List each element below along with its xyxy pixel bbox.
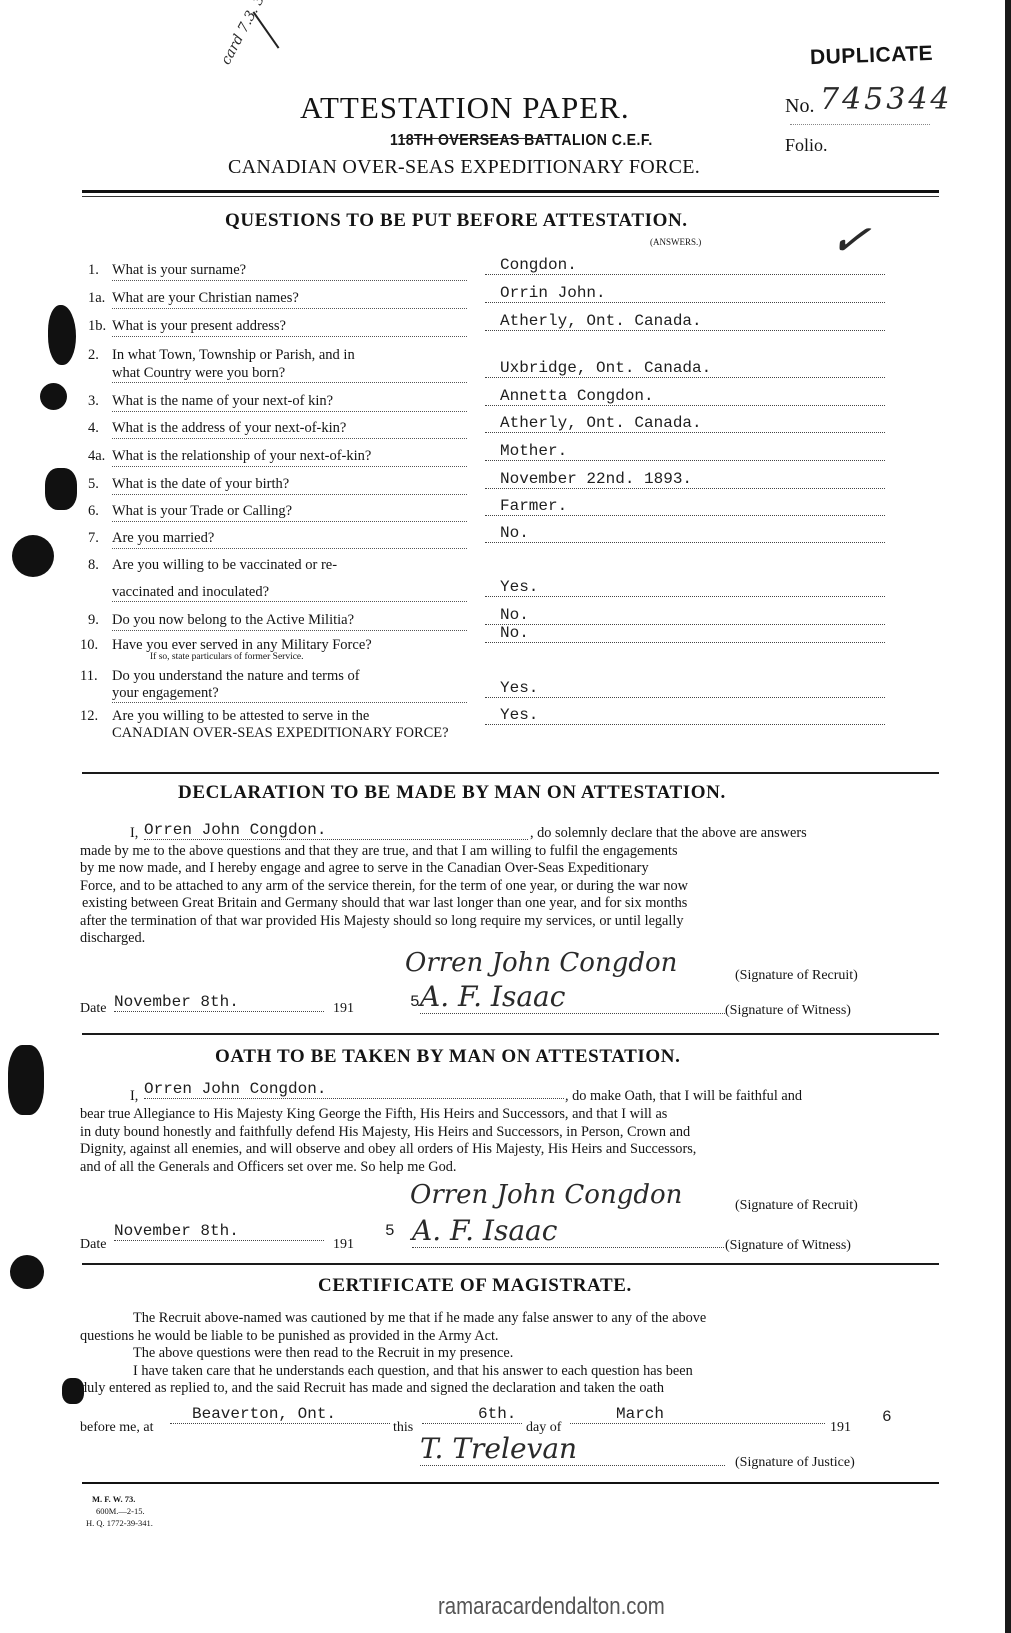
certificate-title: CERTIFICATE OF MAGISTRATE. [318,1275,632,1297]
question-number: 2. [88,347,99,364]
question-text-continued: If so, state particulars of former Servi… [150,652,304,662]
witness-signature: A. F. Isaac [412,1214,724,1248]
question-text: What is your present address? [112,318,467,337]
declaration-name-field[interactable]: Orren John Congdon. [144,821,528,840]
question-number: 8. [88,557,99,574]
date-label: Date [80,1237,106,1253]
witness-signature-label: (Signature of Witness) [725,1238,851,1254]
question-text: What is the relationship of your next-of… [112,448,467,467]
header-rule-thin [82,196,939,197]
recruit-signature-label: (Signature of Recruit) [735,1198,858,1214]
form-code: H. Q. 1772-39-341. [86,1518,153,1528]
duplicate-stamp: DUPLICATE [810,42,934,70]
certificate-line: The above questions were then read to th… [133,1345,513,1363]
number-dotted-line [790,124,930,125]
strikethrough-line [400,138,550,139]
section-rule [82,1033,939,1035]
scan-edge [1005,0,1011,1633]
question-number: 7. [88,530,99,547]
question-text: In what Town, Township or Parish, and in [112,347,355,364]
certificate-line: questions he would be liable to be punis… [80,1328,499,1346]
oath-line: Dignity, against all enemies, and will o… [80,1141,696,1159]
answer-field[interactable]: Mother. [485,442,885,461]
certificate-line: I have taken care that he understands ea… [133,1363,693,1381]
date-field[interactable]: November 8th. [114,1222,324,1241]
declaration-line: by me now made, and I hereby engage and … [80,860,649,878]
answer-field[interactable]: Annetta Congdon. [485,387,885,406]
question-number: 11. [80,668,98,685]
before-me-label: before me, at [80,1420,153,1436]
answer-field[interactable]: Orrin John. [485,284,885,303]
question-number: 4. [88,420,99,437]
this-label: this [393,1420,413,1436]
justice-signature: T. Trelevan [420,1432,725,1466]
certificate-line: duly entered as replied to, and the said… [80,1380,664,1398]
place-field[interactable]: Beaverton, Ont. [170,1405,390,1424]
question-text: Are you willing to be attested to serve … [112,708,369,725]
header-rule [82,190,939,193]
document-subtitle: CANADIAN OVER-SEAS EXPEDITIONARY FORCE. [228,156,700,179]
question-text-continued: what Country were you born? [112,365,467,383]
year-prefix: 191 [830,1420,851,1436]
form-code: 600M.—2-15. [96,1506,145,1516]
oath-line: and of all the Generals and Officers set… [80,1159,457,1177]
declaration-line: after the termination of that war provid… [80,913,684,931]
question-number: 4a. [88,448,105,465]
punch-hole-blob [45,468,77,510]
declaration-line: existing between Great Britain and Germa… [82,895,687,913]
oath-title: OATH TO BE TAKEN BY MAN ON ATTESTATION. [215,1046,680,1068]
question-number: 6. [88,503,99,520]
year-suffix[interactable]: 5 [410,993,420,1011]
month-field[interactable]: March [570,1405,825,1424]
answer-field[interactable]: Atherly, Ont. Canada. [485,414,885,433]
justice-signature-label: (Signature of Justice) [735,1455,855,1471]
oath-line: in duty bound honestly and faithfully de… [80,1124,690,1142]
answer-field[interactable]: November 22nd. 1893. [485,470,885,489]
oath-name-field[interactable]: Orren John Congdon. [144,1080,564,1099]
handwritten-annotation: card 7.3. 3/8/16 [218,0,285,68]
declaration-line: Force, and to be attached to any arm of … [80,878,688,896]
answer-field[interactable]: No. [485,606,885,625]
question-number: 1b. [88,318,106,335]
document-title: ATTESTATION PAPER. [300,90,630,126]
recruit-signature: Orren John Congdon [405,948,677,978]
battalion-stamp: 118TH OVERSEAS BATTALION C.E.F. [390,132,653,150]
section-rule [82,1263,939,1265]
question-text: What is the address of your next-of-kin? [112,420,467,439]
declaration-prefix: I, [130,825,138,843]
year-prefix: 191 [333,1237,354,1253]
declaration-line: discharged. [80,930,145,948]
question-number: 5. [88,476,99,493]
recruit-signature: Orren John Congdon [410,1180,682,1210]
answer-field[interactable]: Farmer. [485,497,885,516]
witness-signature: A. F. Isaac [420,980,725,1014]
question-number: 12. [80,708,98,725]
answer-field[interactable]: Atherly, Ont. Canada. [485,312,885,331]
date-field[interactable]: November 8th. [114,993,324,1012]
answer-field[interactable]: No. [485,624,885,643]
punch-hole-blob [10,1255,44,1289]
section-rule [82,772,939,774]
question-text-continued: your engagement? [112,685,467,703]
oath-line: bear true Allegiance to His Majesty King… [80,1106,667,1124]
year-suffix[interactable]: 6 [882,1408,892,1426]
question-text-continued: CANADIAN OVER-SEAS EXPEDITIONARY FORCE? [112,725,449,742]
question-text: What are your Christian names? [112,290,467,309]
answer-field[interactable]: Congdon. [485,256,885,275]
question-text: What is the date of your birth? [112,476,467,495]
punch-hole-blob [12,535,54,577]
oath-prefix: I, [130,1088,138,1106]
declaration-line: made by me to the above questions and th… [80,843,678,861]
day-field[interactable]: 6th. [422,1405,522,1424]
regimental-number: 745344 [820,82,953,117]
recruit-signature-label: (Signature of Recruit) [735,968,858,984]
question-number: 9. [88,612,99,629]
number-label: No. [785,95,814,118]
checkmark-stroke [253,11,280,48]
punch-hole-blob [40,383,67,410]
question-number: 1a. [88,290,105,307]
question-text-continued: vaccinated and inoculated? [112,584,467,602]
question-number: 3. [88,393,99,410]
answers-label: (ANSWERS.) [650,237,701,247]
answer-field[interactable]: Yes. [485,679,885,698]
question-text: What is your surname? [112,262,467,281]
question-text: What is your Trade or Calling? [112,503,467,522]
question-text: Do you understand the nature and terms o… [112,668,360,685]
answer-field[interactable]: Uxbridge, Ont. Canada. [485,359,885,378]
declaration-title: DECLARATION TO BE MADE BY MAN ON ATTESTA… [178,782,726,804]
year-prefix: 191 [333,1001,354,1017]
question-number: 1. [88,262,99,279]
year-suffix[interactable]: 5 [385,1222,395,1240]
footer-rule [82,1482,939,1484]
certificate-line: The Recruit above-named was cautioned by… [133,1310,706,1328]
witness-signature-label: (Signature of Witness) [725,1003,851,1019]
oath-line: , do make Oath, that I will be faithful … [565,1088,802,1106]
date-label: Date [80,1001,106,1017]
answer-field[interactable]: No. [485,524,885,543]
question-text: What is the name of your next-of kin? [112,393,467,412]
question-text: Are you married? [112,530,467,549]
questions-section-title: QUESTIONS TO BE PUT BEFORE ATTESTATION. [225,210,688,232]
website-watermark: ramaracardendalton.com [438,1593,665,1621]
question-text: Do you now belong to the Active Militia? [112,612,467,631]
question-number: 10. [80,637,98,654]
question-text: Are you willing to be vaccinated or re- [112,557,337,574]
declaration-line: , do solemnly declare that the above are… [530,825,807,843]
answer-field[interactable]: Yes. [485,706,885,725]
form-code: M. F. W. 73. [92,1494,135,1504]
folio-label: Folio. [785,135,828,156]
answer-field[interactable]: Yes. [485,578,885,597]
punch-hole-blob [8,1045,44,1115]
punch-hole-blob [48,305,76,365]
